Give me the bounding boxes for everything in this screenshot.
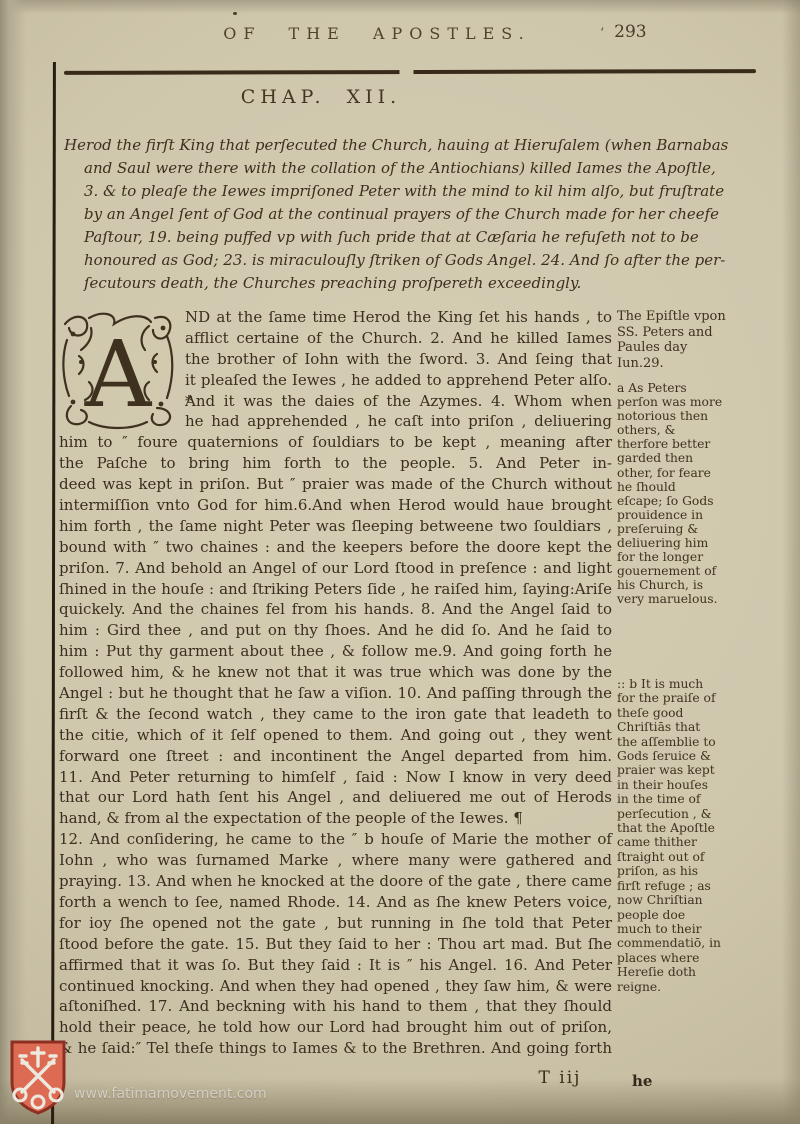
text-line: intermiſſion vnto God for him.6.And when… <box>59 495 612 516</box>
papal-keys-shield-icon <box>8 1036 68 1116</box>
catchword: he <box>632 1072 652 1090</box>
chapter-argument: Herod the firſt King that perſecuted the… <box>64 134 726 295</box>
text-line: him to ″ foure quaternions of ſouldiars … <box>59 432 612 453</box>
argument-line: Paſtour, 19. being puffed vp with ſuch p… <box>64 226 726 249</box>
ink-speck <box>233 12 237 15</box>
text-line: praying. 13. And when he knocked at the … <box>59 871 612 892</box>
text-line: firſt & the ſecond watch , they came to … <box>59 704 612 725</box>
chapter-heading: CHAP. XII. <box>60 86 582 108</box>
header-rule <box>64 69 756 75</box>
dropcap-woodcut-A: A <box>59 310 177 430</box>
text-line: Angel : but he thought that he ſaw a viſ… <box>59 683 612 704</box>
left-margin-rule <box>51 62 55 1124</box>
text-line: him : Put thy garment about thee , & fol… <box>59 641 612 662</box>
text-line: forth a wench to ſee, named Rhode. 14. A… <box>59 892 612 913</box>
page-number: ‘293 <box>600 22 690 42</box>
running-title: OF THE APOSTLES. <box>97 24 657 43</box>
text-line: priſon. 7. And behold an Angel of our Lo… <box>59 558 612 579</box>
argument-line: by an Angel ſent of God at the continual… <box>64 203 726 226</box>
text-line: ſtood before the gate. 15. But they ſaid… <box>59 934 612 955</box>
text-line: followed him, & he knew not that it was … <box>59 662 612 683</box>
svg-text:A: A <box>84 321 153 428</box>
text-line: & he ſaid:″ Tel theſe things to Iames & … <box>59 1038 612 1059</box>
page-number-mark: ‘ <box>600 26 604 41</box>
text-line: bound with ″ two chaines : and the keepe… <box>59 537 612 558</box>
text-line: 12. And conſidering, he came to the ″ b … <box>59 829 612 850</box>
margin-note: The Epiſtle vpon SS. Peters and Paules d… <box>617 309 729 371</box>
text-line: him forth , the ſame night Peter was ſle… <box>59 516 612 537</box>
text-line: him : Gird thee , and put on thy ſhoes. … <box>59 620 612 641</box>
scan-edge-right <box>782 0 800 1124</box>
text-line: aſtoniſhed. 17. And beckning with his ha… <box>59 996 612 1017</box>
page-number-value: 293 <box>614 22 646 42</box>
text-line: deed was kept in priſon. But ″ praier wa… <box>59 474 612 495</box>
quire-signature: T iij <box>515 1068 605 1088</box>
text-line: hold their peace, he told how our Lord h… <box>59 1017 612 1038</box>
margin-note: :: b It is much for the praiſe of theſe … <box>617 677 721 994</box>
scan-edge-top <box>0 0 800 14</box>
watermark-url: www.fatimamovement.com <box>74 1086 267 1102</box>
text-line: the Paſche to bring him forth to the peo… <box>59 453 612 474</box>
main-text-column: A ND at the ſame time Herod the King ſet… <box>59 307 612 1059</box>
text-line: for ioy ſhe opened not the gate , but ru… <box>59 913 612 934</box>
argument-line: ſecutours death, the Churches preaching … <box>64 272 726 295</box>
argument-line: Herod the firſt King that perſecuted the… <box>64 134 726 157</box>
text-line: affirmed that it was ſo. But they ſaid :… <box>59 955 612 976</box>
scan-edge-left <box>0 0 26 1124</box>
text-line: forward one ſtreet : and incontinent the… <box>59 746 612 767</box>
margin-note: a As Peters perſon was more notorious th… <box>617 381 723 607</box>
text-line: ſhined in the houſe : and ſtriking Peter… <box>59 579 612 600</box>
argument-line: 3. & to pleaſe the Iewes impriſoned Pete… <box>64 180 726 203</box>
text-line: the citie, which of it ſelf opened to th… <box>59 725 612 746</box>
text-line: Iohn , who was ſurnamed Marke , where ma… <box>59 850 612 871</box>
text-line: that our Lord hath ſent his Angel , and … <box>59 787 612 808</box>
argument-line: and Saul were there with the collation o… <box>64 157 726 180</box>
text-line: hand, & from al the expectation of the p… <box>59 808 612 829</box>
text-line: 11. And Peter returning to himſelf , ſai… <box>59 767 612 788</box>
text-line: quickely. And the chaines fel from his h… <box>59 599 612 620</box>
book-page-scan: OF THE APOSTLES. ‘293 CHAP. XII. Herod t… <box>0 0 800 1124</box>
text-line: continued knocking. And when they had op… <box>59 976 612 997</box>
argument-line: honoured as God; 23. is miraculouſly ſtr… <box>64 249 726 272</box>
